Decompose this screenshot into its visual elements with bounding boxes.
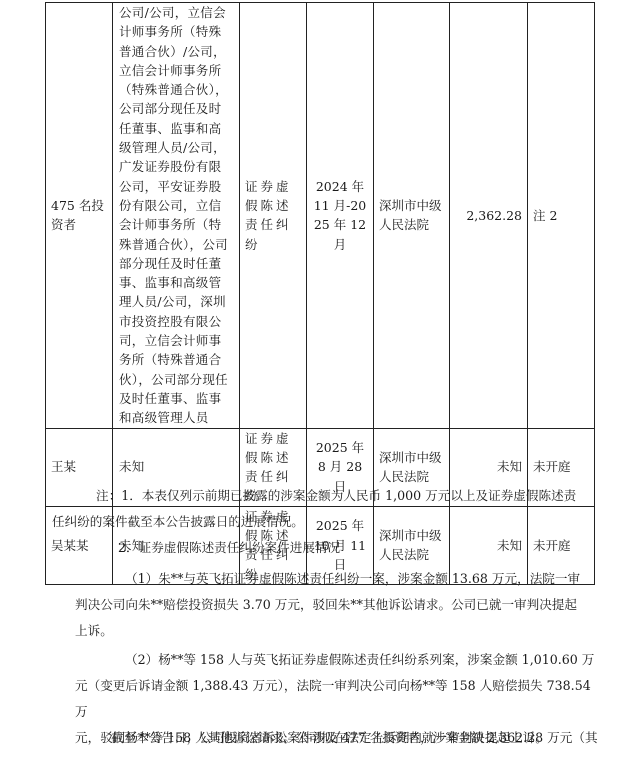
case-1-line-3: 上诉。 <box>75 618 605 644</box>
status-cell: 注 2 <box>528 3 595 429</box>
note-2-title: 2．证券虚假陈述责任纠纷案件进展情况 <box>62 535 592 561</box>
amount-cell: 2,362.28 <box>450 3 528 429</box>
case-1-line-1: （1）朱**与英飞拓证券虚假陈述责任纠纷一案，涉案金额 13.68 万元，法院一… <box>75 566 605 592</box>
case-2-line-1: （2）杨**等 158 人与英飞拓证券虚假陈述责任纠纷系列案，涉案金额 1,01… <box>75 647 605 673</box>
note-1: 注：1．本表仅列示前期已披露的涉案金额为人民币 1,000 万元以上及证券虚假陈… <box>62 483 592 535</box>
case-2-line-2: 元（变更后诉请金额 1,388.43 万元），法院一审判决公司向杨**等 158… <box>75 673 605 725</box>
case-1-paragraph: （1）朱**与英飞拓证券虚假陈述责任纠纷一案，涉案金额 13.68 万元，法院一… <box>75 566 605 644</box>
summary-line-1: 截至本公告日，公司投资者诉讼案件涉及 477 名投资者，涉案金额 2,362.2… <box>75 725 605 751</box>
date-cell: 2024 年 11 月-2025 年 12 月 <box>307 3 374 429</box>
table-row: 475 名投资者 公司/公司，立信会计师事务所（特殊普通合伙）/公司，立信会计师… <box>46 3 595 429</box>
plaintiff-cell: 475 名投资者 <box>46 3 113 429</box>
summary-paragraph: 截至本公告日，公司投资者诉讼案件涉及 477 名投资者，涉案金额 2,362.2… <box>75 725 605 751</box>
case-1-line-2: 判决公司向朱**赔偿投资损失 3.70 万元，驳回朱**其他诉讼请求。公司已就一… <box>75 592 605 618</box>
court-cell: 深圳市中级人民法院 <box>374 3 450 429</box>
case-type-cell: 证券虚假陈述责任纠纷 <box>240 3 307 429</box>
note-1-line-1: 注：1．本表仅列示前期已披露的涉案金额为人民币 1,000 万元以上及证券虚假陈… <box>62 483 592 509</box>
defendant-cell: 公司/公司，立信会计师事务所（特殊普通合伙）/公司，立信会计师事务所（特殊普通合… <box>113 3 240 429</box>
note-2-title-text: 2．证券虚假陈述责任纠纷案件进展情况 <box>62 535 592 561</box>
note-1-line-2: 任纠纷的案件截至本公告披露日的进展情况。 <box>52 509 592 535</box>
